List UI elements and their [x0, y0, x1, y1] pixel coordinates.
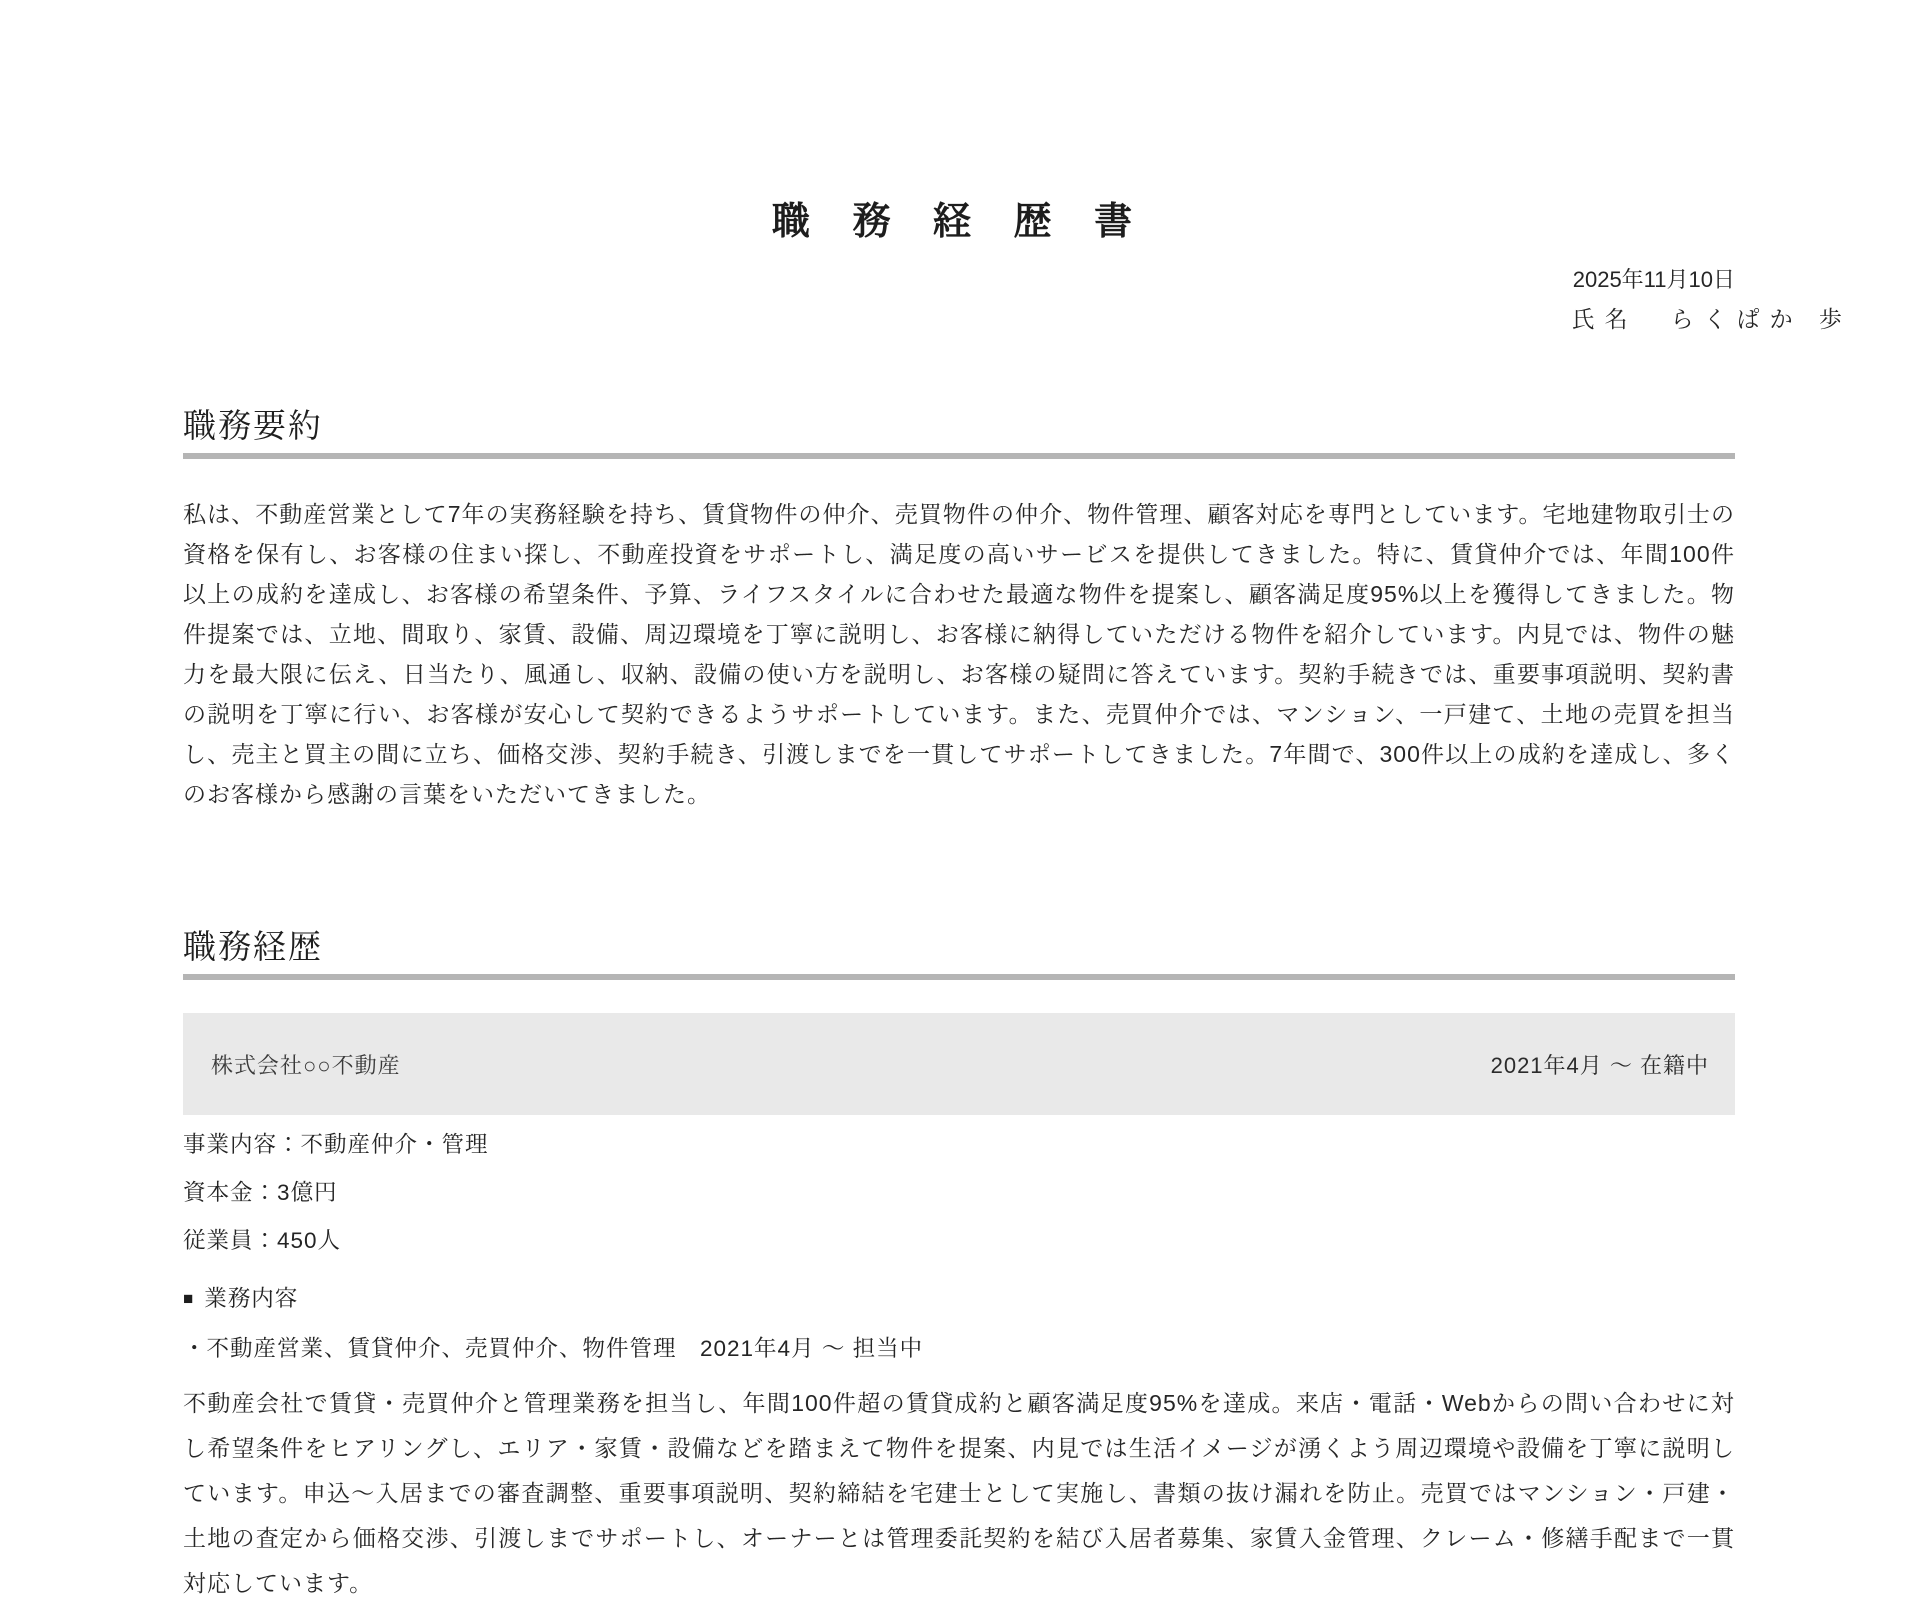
duties-heading-label: 業務内容 [204, 1286, 298, 1311]
business-description-line: 事業内容：不動産仲介・管理 [183, 1130, 1735, 1160]
history-section: 職務経歴 [183, 926, 1735, 980]
document-date: 2025年11月10日 [1573, 263, 1735, 294]
square-bullet-icon: ■ [183, 1289, 194, 1308]
summary-body-text: 私は、不動産営業として7年の実務経験を持ち、賃貸物件の仲介、売買物件の仲介、物件… [183, 494, 1735, 814]
history-heading: 職務経歴 [183, 926, 1735, 980]
duties-body-text: 不動産会社で賃貸・売買仲介と管理業務を担当し、年間100件超の賃貸成約と顧客満足… [183, 1381, 1735, 1598]
summary-section: 職務要約 [183, 405, 1735, 459]
document-title: 職 務 経 歴 書 [0, 190, 1920, 245]
duties-heading: ■業務内容 [183, 1284, 1735, 1316]
employees-line: 従業員：450人 [183, 1226, 1735, 1256]
applicant-name: 氏名 らくぱか 歩 [1572, 301, 1852, 334]
employment-period: 2021年4月 ～ 在籍中 [1491, 1049, 1709, 1080]
company-row: 株式会社○○不動産 2021年4月 ～ 在籍中 [183, 1013, 1735, 1115]
capital-line: 資本金：3億円 [183, 1178, 1735, 1208]
company-name: 株式会社○○不動産 [211, 1049, 401, 1080]
company-details: 事業内容：不動産仲介・管理 資本金：3億円 従業員：450人 [183, 1130, 1735, 1274]
summary-heading: 職務要約 [183, 405, 1735, 459]
duties-role-line: ・不動産営業、賃貸仲介、売買仲介、物件管理 2021年4月 ～ 担当中 [183, 1334, 1735, 1364]
